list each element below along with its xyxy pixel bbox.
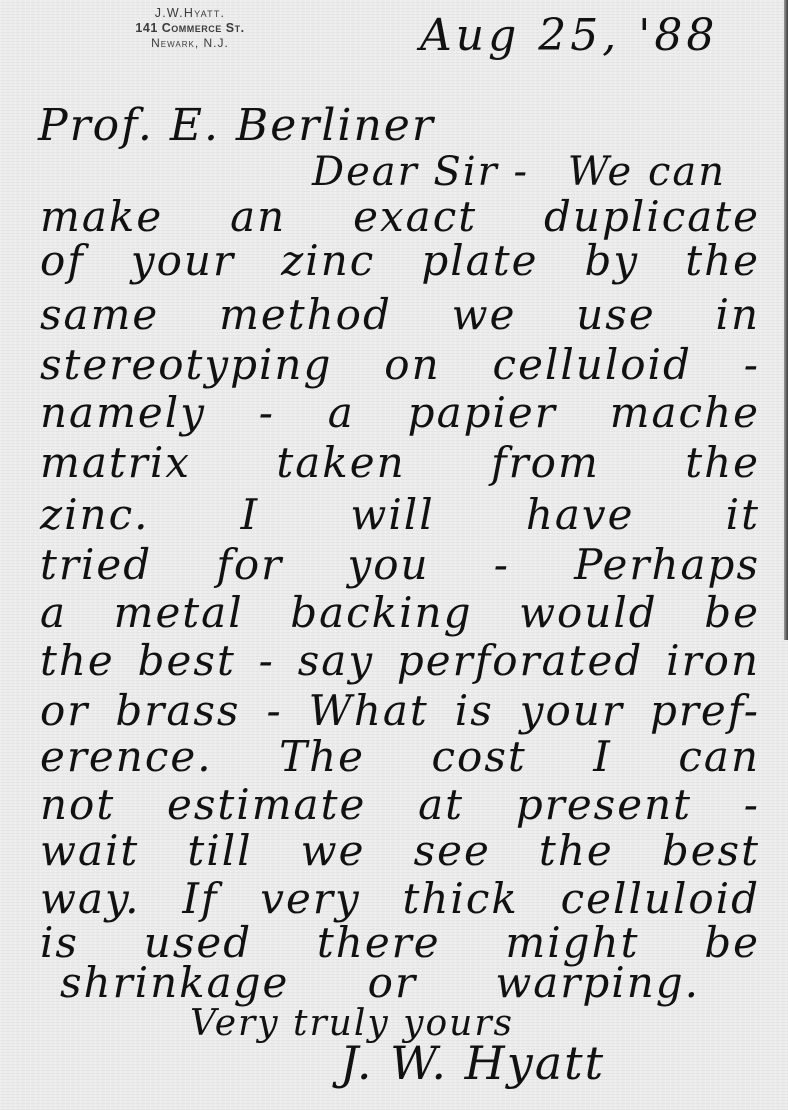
body-line-9: a metal backing would be <box>40 592 760 634</box>
body-line-14: wait till we see the best <box>40 830 760 872</box>
letter-date: Aug 25, '88 <box>420 14 718 58</box>
body-line-6: matrix taken from the <box>40 442 760 484</box>
body-line-0: We can <box>568 149 726 195</box>
signature: J. W. Hyatt <box>340 1040 605 1086</box>
page-edge-shadow <box>784 0 788 640</box>
body-line-1: make an exact duplicate <box>40 196 760 238</box>
letterhead: J.W.Hyatt. 141 Commerce St. Newark, N.J. <box>100 6 280 51</box>
body-line-5: namely - a papier mache <box>40 392 760 434</box>
body-line-3: same method we use in <box>40 294 760 336</box>
body-line-10: the best - say perforated iron <box>40 640 760 682</box>
body-line-17: shrinkage or warping. <box>60 962 700 1004</box>
body-line-2: of your zinc plate by the <box>40 240 760 282</box>
recipient: Prof. E. Berliner <box>38 104 435 148</box>
salutation: Dear Sir - We can <box>312 152 726 192</box>
letterhead-city: Newark, N.J. <box>100 36 280 51</box>
body-line-12: erence. The cost I can <box>40 736 760 778</box>
body-line-13: not estimate at present - <box>40 784 760 826</box>
salutation-text: Dear Sir - <box>312 149 529 195</box>
body-line-7: zinc. I will have it <box>40 494 760 536</box>
body-line-15: way. If very thick celluloid <box>40 878 760 920</box>
body-line-8: tried for you - Perhaps <box>40 544 760 586</box>
body-line-4: stereotyping on celluloid - <box>40 344 760 386</box>
letterhead-name: J.W.Hyatt. <box>100 6 280 21</box>
body-line-11: or brass - What is your pref- <box>40 690 760 732</box>
letterhead-street: 141 Commerce St. <box>100 21 280 36</box>
